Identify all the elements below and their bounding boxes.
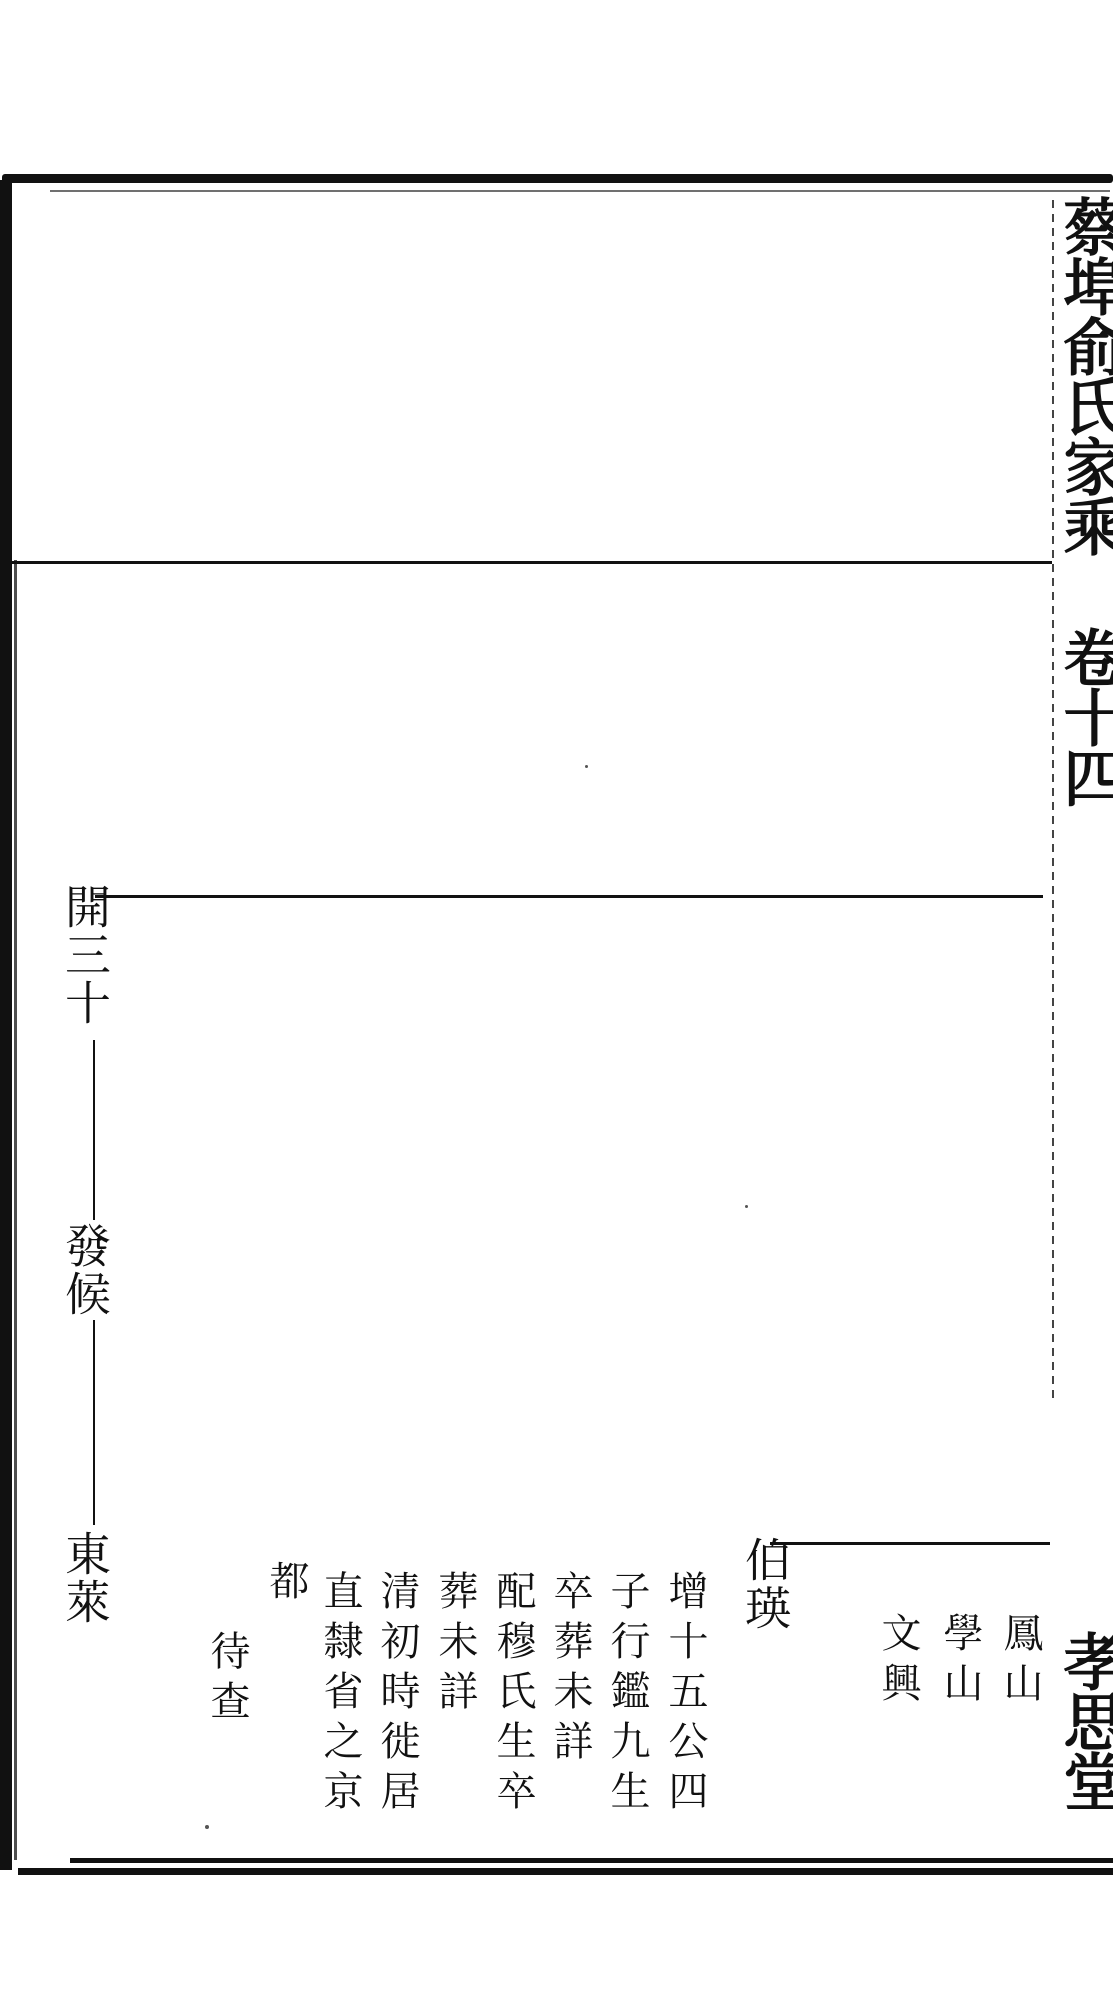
child-name: 鳳山 xyxy=(1000,1612,1040,1712)
entry-note: 清初時徙居 xyxy=(377,1570,417,1820)
lineage-connector-2 xyxy=(93,1320,95,1525)
frame-bottom-inner-rule xyxy=(70,1858,1113,1863)
entry-note: 卒葬未詳 xyxy=(550,1570,590,1770)
lineage-connector-1 xyxy=(93,1040,95,1220)
frame-top-border xyxy=(2,174,1113,183)
ancestor-name: 發候 xyxy=(62,1222,108,1318)
entry-note: 配穆氏生卒 xyxy=(493,1570,533,1820)
frame-bottom-border xyxy=(18,1868,1113,1875)
frame-left-inner-rule xyxy=(14,560,17,1860)
frame-left-border xyxy=(0,180,12,1870)
entry-note: 待查 xyxy=(207,1630,247,1730)
entry-note: 直隸省之京 xyxy=(320,1570,360,1820)
child-name: 文興 xyxy=(878,1612,918,1712)
child-name: 學山 xyxy=(940,1612,980,1712)
print-speck xyxy=(205,1825,209,1829)
entry-note: 葬未詳 xyxy=(435,1570,475,1720)
frame-top-inner-rule xyxy=(50,190,1110,192)
person-name: 伯瑛 xyxy=(742,1536,788,1632)
generation-label: 開三十 xyxy=(62,883,108,1027)
entry-note: 增十五公四 xyxy=(665,1570,705,1820)
generation-rule-1 xyxy=(12,561,1052,564)
entry-note: 子行鑑九生 xyxy=(607,1570,647,1820)
book-title: 蔡埠俞氏家乘 卷十四 xyxy=(1058,195,1113,806)
genealogy-page: 蔡埠俞氏家乘 卷十四 孝思堂 開三十 發候 東萊 伯瑛 鳳山 學山 文興 增十五… xyxy=(0,0,1113,2000)
hall-name: 孝思堂 xyxy=(1058,1630,1113,1810)
generation-rule-2 xyxy=(95,895,1043,898)
generation-rule-3 xyxy=(770,1542,1050,1545)
branch-name: 東萊 xyxy=(62,1530,108,1626)
entry-note: 都 xyxy=(266,1560,306,1610)
print-speck xyxy=(745,1205,748,1208)
print-speck xyxy=(585,765,588,768)
